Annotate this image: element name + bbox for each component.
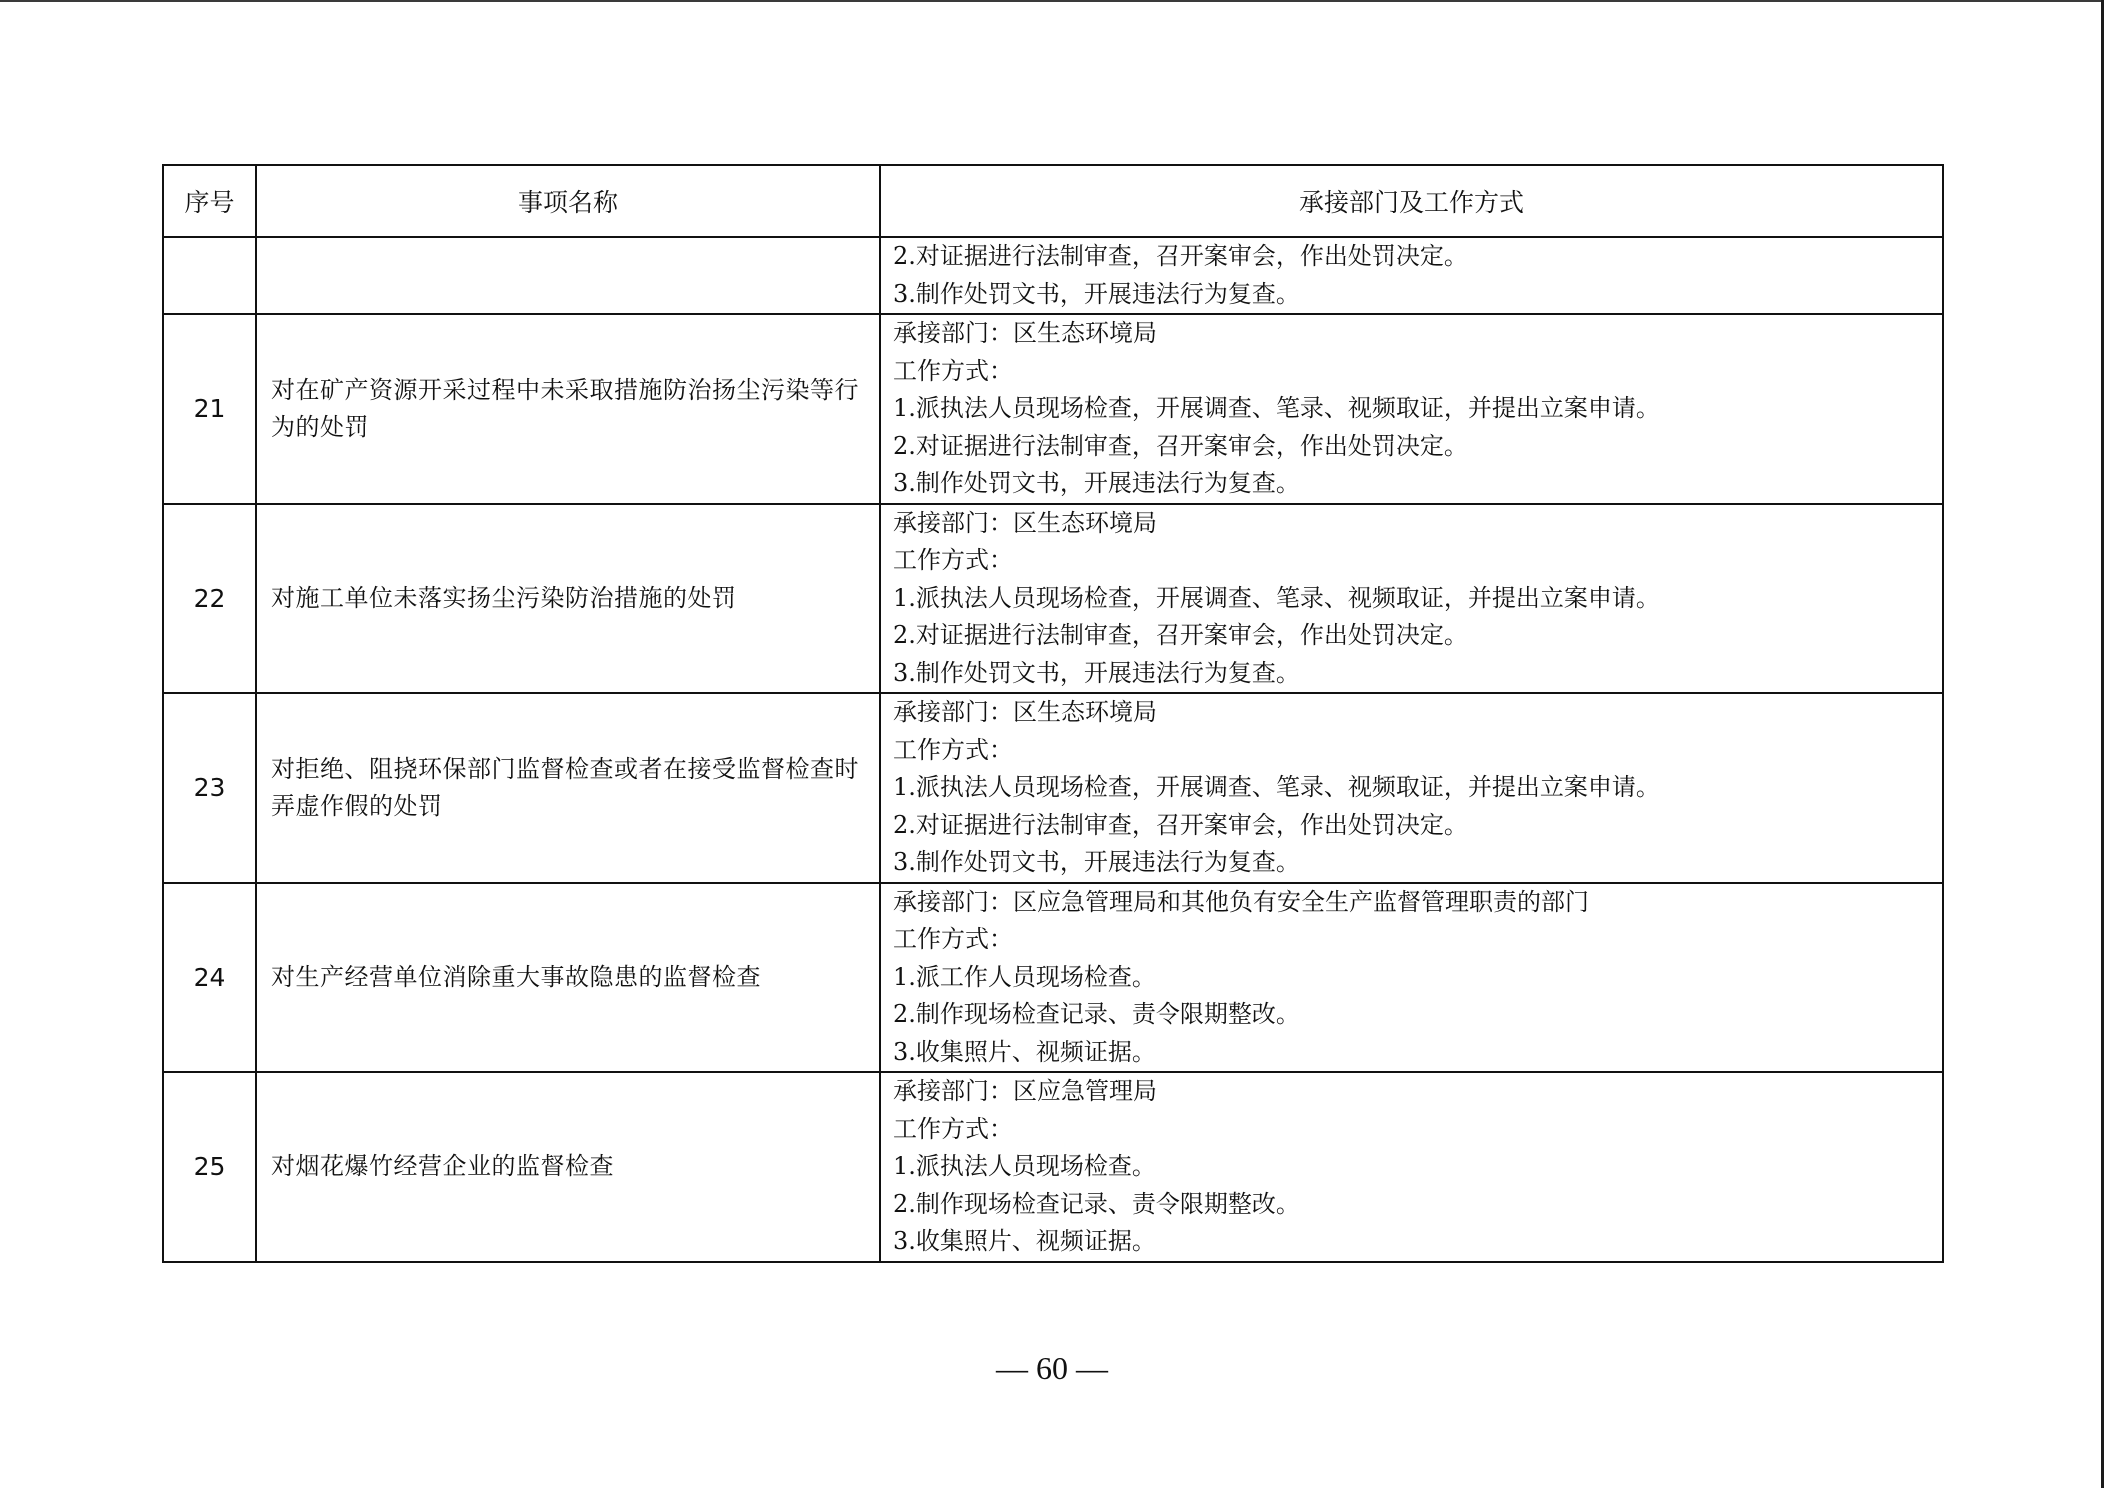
table-row-continued: 2.对证据进行法制审查，召开案审会，作出处罚决定。 3.制作处罚文书，开展违法行… — [163, 237, 1943, 314]
item-name-cell: 对生产经营单位消除重大事故隐患的监督检查 — [256, 883, 880, 1073]
method-step-1: 1.派执法人员现场检查，开展调查、笔录、视频取证，并提出立案申请。 — [893, 769, 1930, 807]
method-label: 工作方式： — [893, 921, 1930, 959]
table-row: 24 对生产经营单位消除重大事故隐患的监督检查 承接部门：区应急管理局和其他负有… — [163, 883, 1943, 1073]
seq-cell — [163, 237, 256, 314]
method-label: 工作方式： — [893, 732, 1930, 770]
method-step-3: 3.制作处罚文书，开展违法行为复查。 — [893, 655, 1930, 693]
method-step-1: 1.派执法人员现场检查。 — [893, 1148, 1930, 1186]
method-line: 3.制作处罚文书，开展违法行为复查。 — [893, 276, 1930, 314]
dept-method-cell: 承接部门：区生态环境局 工作方式： 1.派执法人员现场检查，开展调查、笔录、视频… — [880, 314, 1943, 504]
method-step-1: 1.派工作人员现场检查。 — [893, 959, 1930, 997]
seq-cell: 25 — [163, 1072, 256, 1262]
table-row: 23 对拒绝、阻挠环保部门监督检查或者在接受监督检查时弄虚作假的处罚 承接部门：… — [163, 693, 1943, 883]
method-step-3: 3.收集照片、视频证据。 — [893, 1034, 1930, 1072]
method-step-2: 2.对证据进行法制审查，召开案审会，作出处罚决定。 — [893, 807, 1930, 845]
method-line: 2.对证据进行法制审查，召开案审会，作出处罚决定。 — [893, 238, 1930, 276]
method-step-2: 2.对证据进行法制审查，召开案审会，作出处罚决定。 — [893, 617, 1930, 655]
page-top-border — [0, 0, 2104, 2]
dept-line: 承接部门：区生态环境局 — [893, 694, 1930, 732]
dept-method-cell: 承接部门：区应急管理局 工作方式： 1.派执法人员现场检查。 2.制作现场检查记… — [880, 1072, 1943, 1262]
dept-line: 承接部门：区生态环境局 — [893, 505, 1930, 543]
method-step-1: 1.派执法人员现场检查，开展调查、笔录、视频取证，并提出立案申请。 — [893, 390, 1930, 428]
dept-line: 承接部门：区生态环境局 — [893, 315, 1930, 353]
dept-method-cell: 2.对证据进行法制审查，召开案审会，作出处罚决定。 3.制作处罚文书，开展违法行… — [880, 237, 1943, 314]
seq-cell: 24 — [163, 883, 256, 1073]
item-name-cell: 对拒绝、阻挠环保部门监督检查或者在接受监督检查时弄虚作假的处罚 — [256, 693, 880, 883]
dept-method-cell: 承接部门：区生态环境局 工作方式： 1.派执法人员现场检查，开展调查、笔录、视频… — [880, 693, 1943, 883]
matters-table: 序号 事项名称 承接部门及工作方式 2.对证据进行法制审查，召开案审会，作出处罚… — [162, 164, 1944, 1263]
seq-cell: 22 — [163, 504, 256, 694]
method-step-3: 3.制作处罚文书，开展违法行为复查。 — [893, 844, 1930, 882]
page-number: — 60 — — [0, 1350, 2104, 1387]
item-name-cell — [256, 237, 880, 314]
method-step-3: 3.收集照片、视频证据。 — [893, 1223, 1930, 1261]
table-header-row: 序号 事项名称 承接部门及工作方式 — [163, 165, 1943, 237]
dept-line: 承接部门：区应急管理局和其他负有安全生产监督管理职责的部门 — [893, 884, 1930, 922]
method-step-2: 2.制作现场检查记录、责令限期整改。 — [893, 996, 1930, 1034]
method-step-2: 2.制作现场检查记录、责令限期整改。 — [893, 1186, 1930, 1224]
table-row: 21 对在矿产资源开采过程中未采取措施防治扬尘污染等行为的处罚 承接部门：区生态… — [163, 314, 1943, 504]
method-step-2: 2.对证据进行法制审查，召开案审会，作出处罚决定。 — [893, 428, 1930, 466]
method-label: 工作方式： — [893, 353, 1930, 391]
method-label: 工作方式： — [893, 1111, 1930, 1149]
item-name-cell: 对在矿产资源开采过程中未采取措施防治扬尘污染等行为的处罚 — [256, 314, 880, 504]
dept-method-cell: 承接部门：区应急管理局和其他负有安全生产监督管理职责的部门 工作方式： 1.派工… — [880, 883, 1943, 1073]
item-name-cell: 对烟花爆竹经营企业的监督检查 — [256, 1072, 880, 1262]
dept-method-cell: 承接部门：区生态环境局 工作方式： 1.派执法人员现场检查，开展调查、笔录、视频… — [880, 504, 1943, 694]
method-step-1: 1.派执法人员现场检查，开展调查、笔录、视频取证，并提出立案申请。 — [893, 580, 1930, 618]
header-seq: 序号 — [163, 165, 256, 237]
table-row: 25 对烟花爆竹经营企业的监督检查 承接部门：区应急管理局 工作方式： 1.派执… — [163, 1072, 1943, 1262]
item-name-cell: 对施工单位未落实扬尘污染防治措施的处罚 — [256, 504, 880, 694]
header-item-name: 事项名称 — [256, 165, 880, 237]
method-label: 工作方式： — [893, 542, 1930, 580]
seq-cell: 23 — [163, 693, 256, 883]
header-dept-method: 承接部门及工作方式 — [880, 165, 1943, 237]
method-step-3: 3.制作处罚文书，开展违法行为复查。 — [893, 465, 1930, 503]
dept-line: 承接部门：区应急管理局 — [893, 1073, 1930, 1111]
table-row: 22 对施工单位未落实扬尘污染防治措施的处罚 承接部门：区生态环境局 工作方式：… — [163, 504, 1943, 694]
seq-cell: 21 — [163, 314, 256, 504]
